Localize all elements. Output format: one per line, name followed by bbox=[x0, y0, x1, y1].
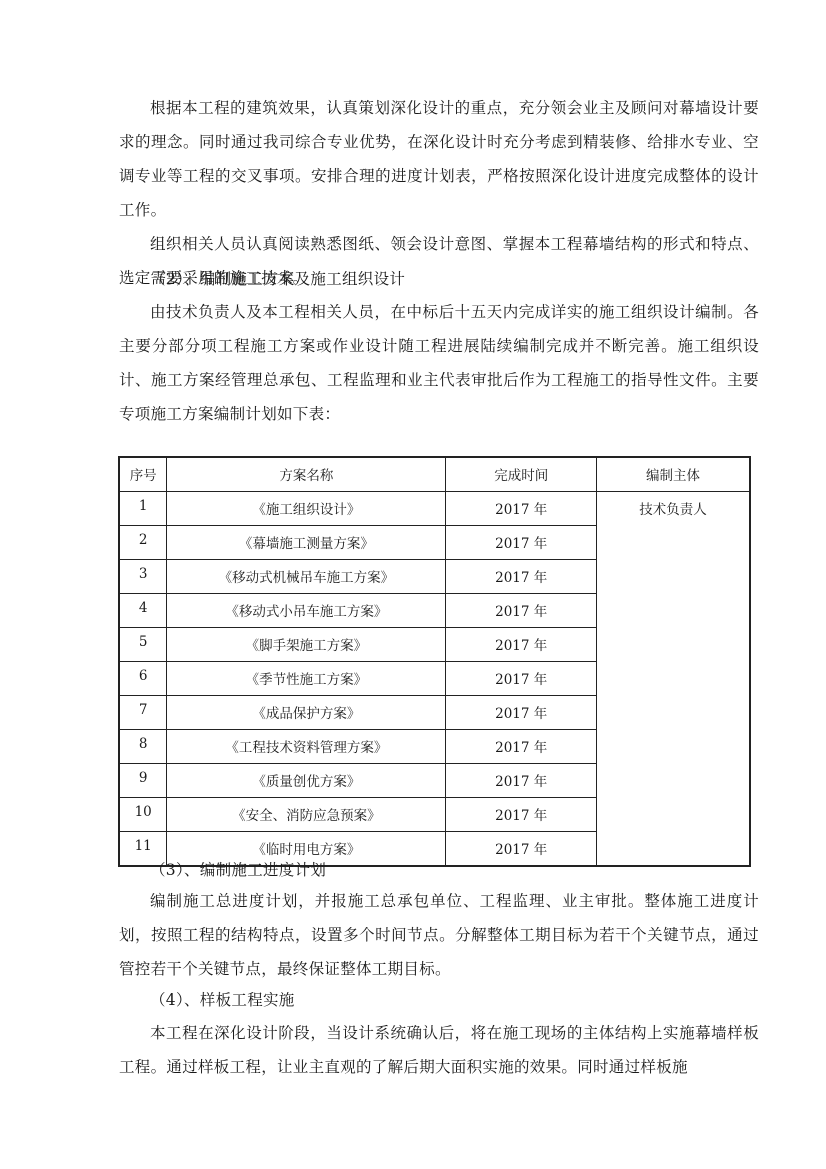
construction-plan-table: 序号 方案名称 完成时间 编制主体 1 《施工组织设计》 2017 年 技术负责… bbox=[118, 456, 751, 867]
cell-name: 《工程技术资料管理方案》 bbox=[167, 730, 446, 764]
paragraph-schedule: 编制施工总进度计划，并报施工总承包单位、工程监理、业主审批。整体施工进度计划，按… bbox=[119, 884, 759, 986]
cell-date: 2017 年 bbox=[446, 730, 597, 764]
cell-name: 《季节性施工方案》 bbox=[167, 662, 446, 696]
cell-name: 《幕墙施工测量方案》 bbox=[167, 526, 446, 560]
cell-date: 2017 年 bbox=[446, 628, 597, 662]
table-header-row: 序号 方案名称 完成时间 编制主体 bbox=[119, 457, 750, 492]
header-owner: 编制主体 bbox=[596, 457, 750, 492]
heading-sample-project: （4）、样板工程实施 bbox=[150, 985, 295, 1015]
header-completion-time: 完成时间 bbox=[446, 457, 597, 492]
cell-name: 《安全、消防应急预案》 bbox=[167, 798, 446, 832]
header-seq: 序号 bbox=[119, 457, 167, 492]
cell-date: 2017 年 bbox=[446, 492, 597, 526]
heading-schedule: （3）、编制施工进度计划 bbox=[150, 855, 326, 885]
cell-no: 1 bbox=[119, 492, 167, 526]
cell-no: 3 bbox=[119, 560, 167, 594]
cell-date: 2017 年 bbox=[446, 798, 597, 832]
cell-no: 4 bbox=[119, 594, 167, 628]
paragraph-design-focus: 根据本工程的建筑效果，认真策划深化设计的重点，充分领会业主及顾问对幕墙设计要求的… bbox=[119, 91, 759, 227]
cell-name: 《移动式机械吊车施工方案》 bbox=[167, 560, 446, 594]
cell-no: 6 bbox=[119, 662, 167, 696]
paragraph-plan-preparation: 由技术负责人及本工程相关人员，在中标后十五天内完成详实的施工组织设计编制。各主要… bbox=[119, 295, 759, 431]
cell-date: 2017 年 bbox=[446, 696, 597, 730]
cell-no: 2 bbox=[119, 526, 167, 560]
cell-no: 5 bbox=[119, 628, 167, 662]
cell-date: 2017 年 bbox=[446, 560, 597, 594]
cell-name: 《施工组织设计》 bbox=[167, 492, 446, 526]
header-plan-name: 方案名称 bbox=[167, 457, 446, 492]
cell-owner: 技术负责人 bbox=[596, 492, 750, 867]
cell-name: 《脚手架施工方案》 bbox=[167, 628, 446, 662]
cell-date: 2017 年 bbox=[446, 832, 597, 867]
paragraph-sample-project: 本工程在深化设计阶段，当设计系统确认后，将在施工现场的主体结构上实施幕墙样板工程… bbox=[119, 1016, 759, 1084]
cell-no: 8 bbox=[119, 730, 167, 764]
cell-no: 7 bbox=[119, 696, 167, 730]
cell-date: 2017 年 bbox=[446, 764, 597, 798]
cell-name: 《移动式小吊车施工方案》 bbox=[167, 594, 446, 628]
cell-no: 9 bbox=[119, 764, 167, 798]
heading-construction-plan: （2）、编制施工方案及施工组织设计 bbox=[150, 264, 405, 294]
cell-date: 2017 年 bbox=[446, 526, 597, 560]
table-row: 1 《施工组织设计》 2017 年 技术负责人 bbox=[119, 492, 750, 526]
cell-date: 2017 年 bbox=[446, 594, 597, 628]
cell-date: 2017 年 bbox=[446, 662, 597, 696]
cell-no: 10 bbox=[119, 798, 167, 832]
cell-name: 《成品保护方案》 bbox=[167, 696, 446, 730]
cell-name: 《质量创优方案》 bbox=[167, 764, 446, 798]
